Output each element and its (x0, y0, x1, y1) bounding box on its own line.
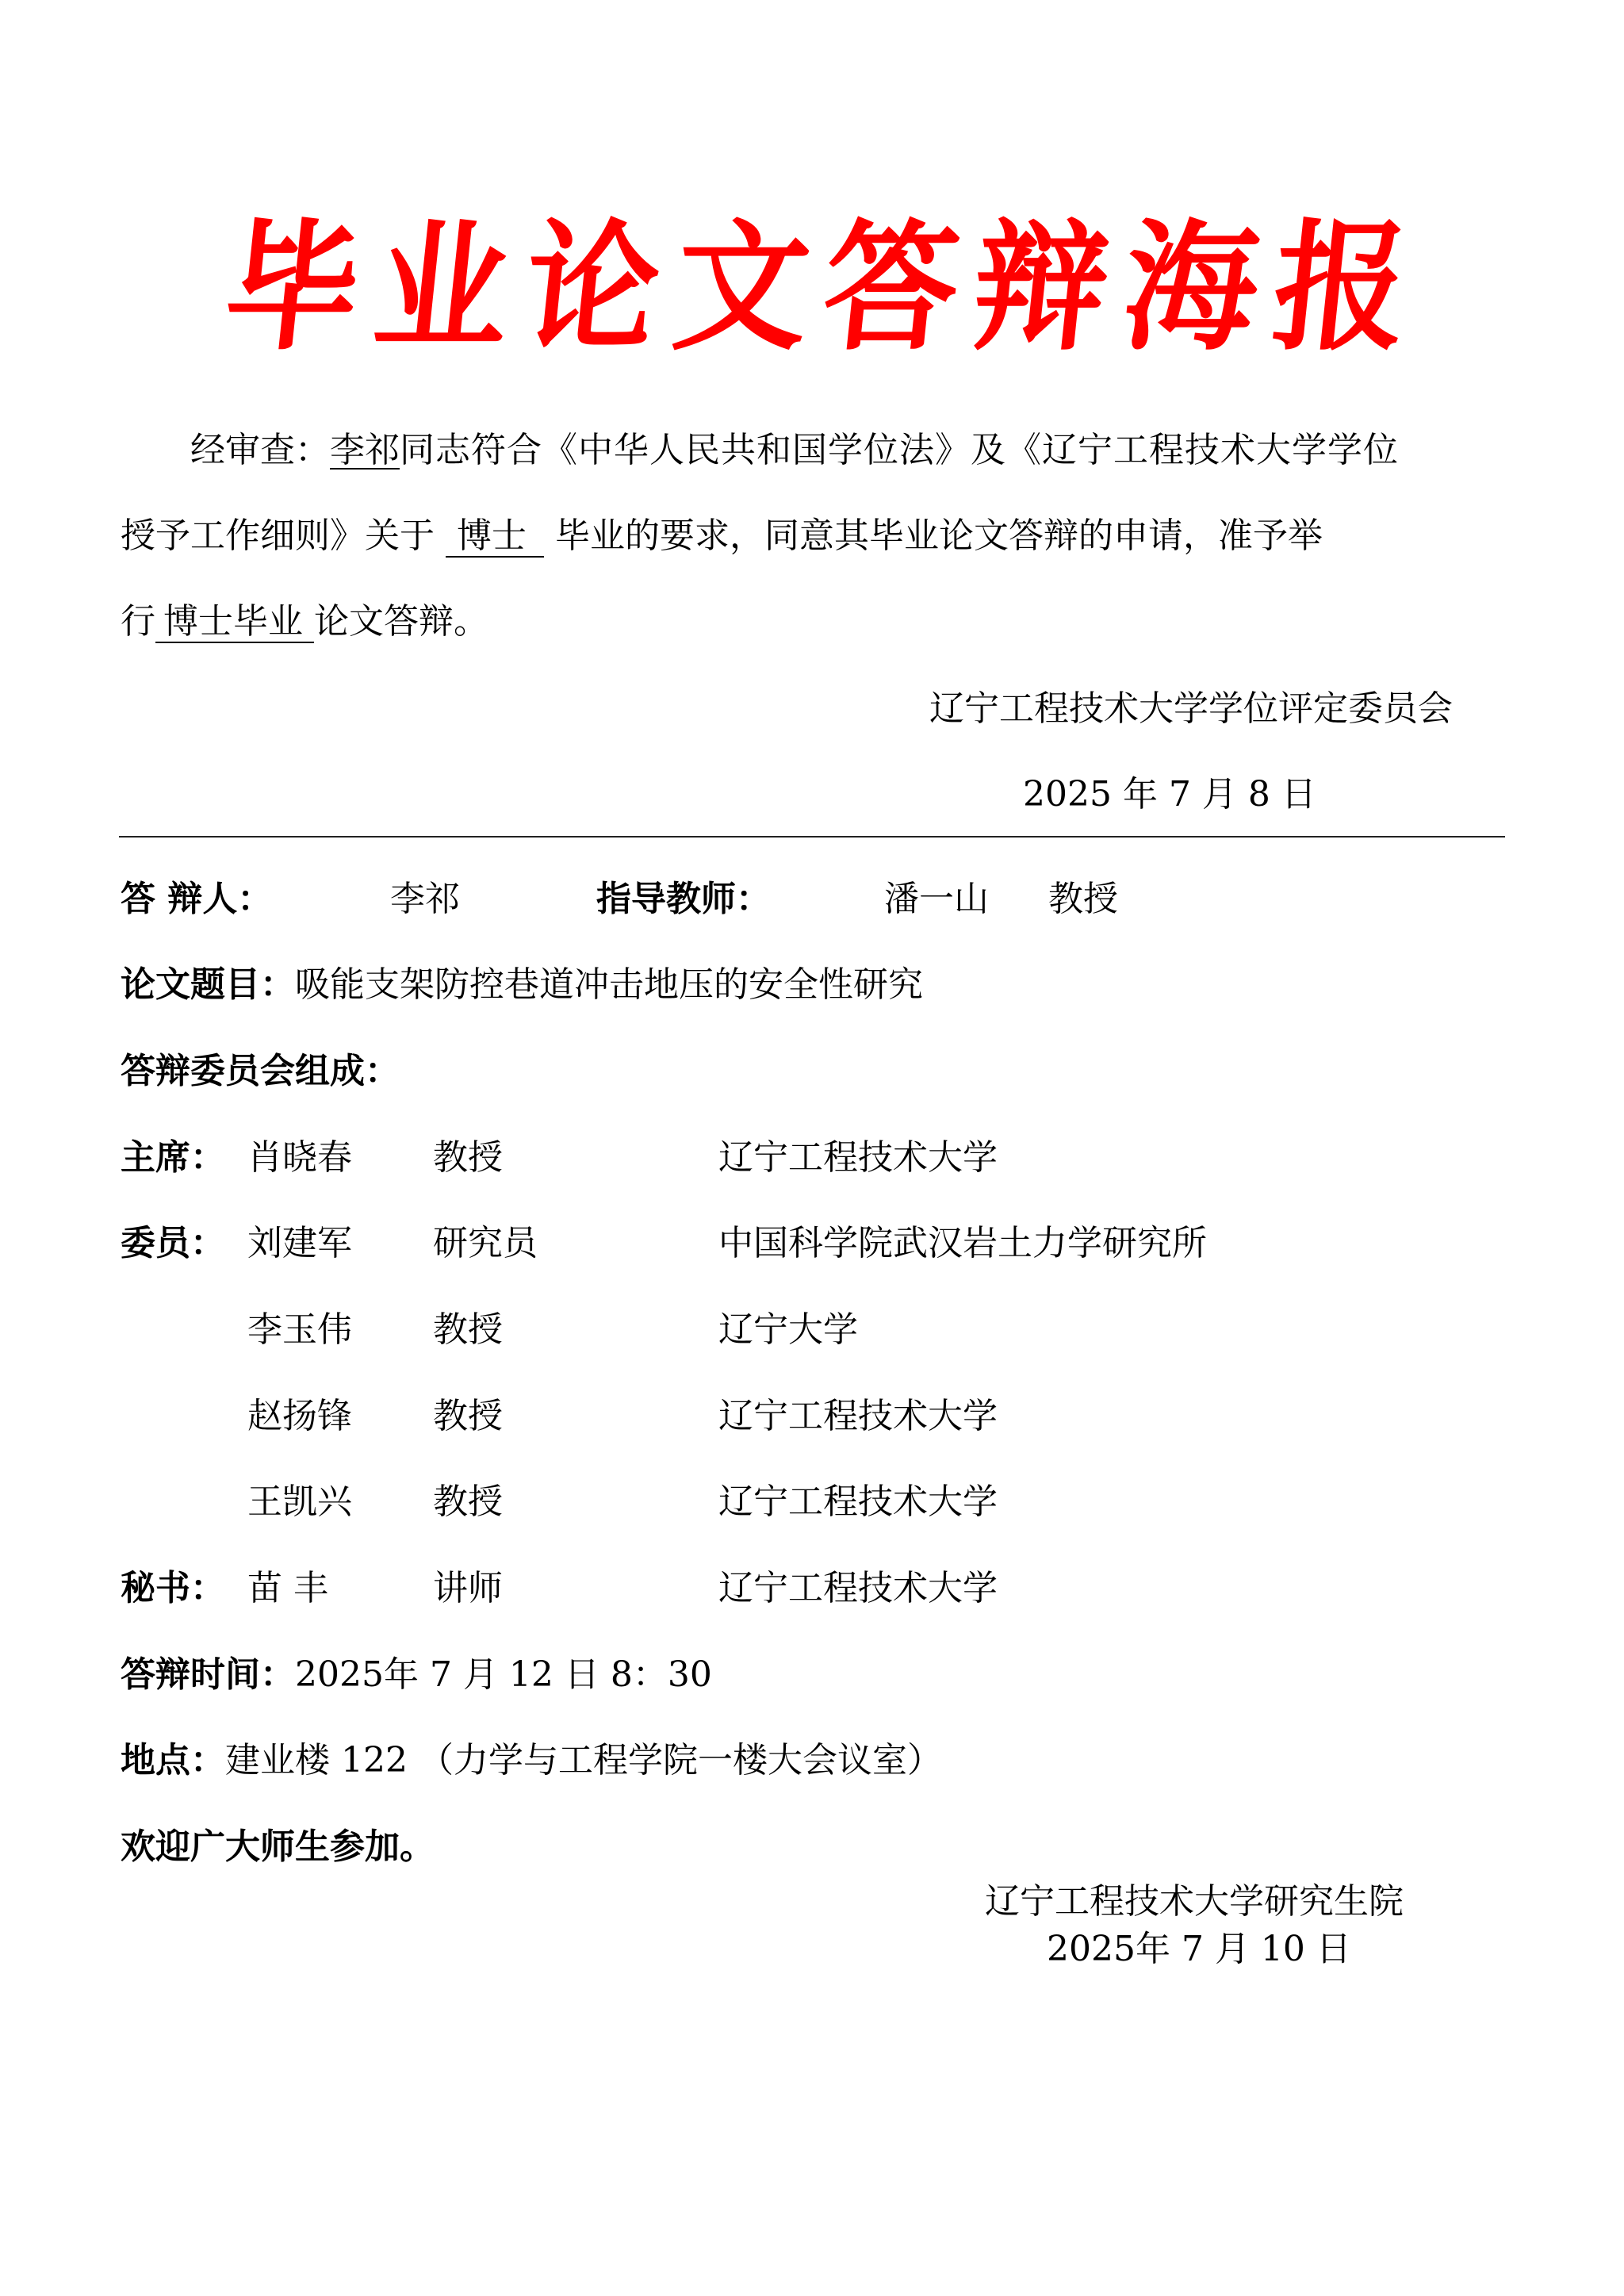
defense-place-row: 地点：建业楼 122 （力学与工程学院一楼大会议室） (121, 1738, 942, 1783)
committee-title: 教授 (433, 1480, 503, 1524)
committee-name: 苗 丰 (247, 1566, 328, 1611)
committee-role: 秘书： (121, 1566, 225, 1611)
defense-type-blank: 博士毕业 (155, 602, 314, 643)
defense-time-label: 答辩时间： (121, 1654, 295, 1695)
committee-title: 研究员 (433, 1221, 538, 1266)
committee-name: 王凯兴 (247, 1480, 352, 1524)
degree-value: 博士 (457, 516, 527, 556)
committee-institution: 辽宁大学 (718, 1308, 858, 1352)
notice-line2-rest: 毕业的要求，同意其毕业论文答辩的申请，准予举 (555, 516, 1323, 556)
footer-date: 2025年 7 月 10 日 (1047, 1927, 1351, 1972)
advisor-title: 教授 (1048, 877, 1118, 922)
notice-line2-prefix: 授予工作细则》关于 (121, 516, 435, 556)
committee-name: 肖晓春 (247, 1136, 352, 1180)
title-char: 毕 (219, 217, 367, 357)
notice-prefix: 经审查： (190, 430, 330, 470)
title-char: 论 (518, 217, 666, 357)
committee-title: 教授 (433, 1136, 503, 1180)
committee-institution: 辽宁工程技术大学 (718, 1136, 998, 1180)
title-char: 海 (1117, 217, 1266, 357)
candidate-label: 答 辩人： (121, 877, 272, 922)
title-char: 报 (1267, 217, 1415, 357)
defense-time-row: 答辩时间：2025年 7 月 12 日 8：30 (121, 1653, 712, 1697)
thesis-row: 论文题目：吸能支架防控巷道冲击地压的安全性研究 (121, 963, 923, 1007)
title-char: 辩 (967, 217, 1116, 357)
candidate-name-underlined: 李祁 (330, 430, 400, 470)
committee-institution: 辽宁工程技术大学 (718, 1480, 998, 1524)
defense-type-value: 博士毕业 (163, 601, 303, 642)
title-char: 文 (668, 217, 816, 357)
title-char: 业 (369, 217, 517, 357)
welcome-text: 欢迎广大师生参加。 (121, 1825, 435, 1869)
defense-place-value: 建业楼 122 （力学与工程学院一楼大会议室） (225, 1740, 942, 1780)
committee-title: 教授 (433, 1308, 503, 1352)
notice-line-2: 授予工作细则》关于 博士 毕业的要求，同意其毕业论文答辩的申请，准予举 (121, 514, 1521, 558)
poster-title: 毕 业 论 文 答 辩 海 报 (226, 208, 1408, 366)
committee-name: 赵扬锋 (247, 1394, 352, 1439)
defense-place-label: 地点： (121, 1740, 225, 1780)
notice-line3-prefix: 行 (121, 601, 155, 642)
advisor-name: 潘一山 (884, 877, 989, 922)
committee-role: 主席： (121, 1136, 225, 1180)
advisor-label: 指导教师： (596, 877, 771, 922)
defense-time-value: 2025年 7 月 12 日 8：30 (295, 1654, 712, 1695)
committee-name: 刘建军 (247, 1221, 352, 1266)
notice-line3-rest: 论文答辩。 (314, 601, 488, 642)
thesis-label: 论文题目： (121, 964, 295, 1005)
committee-institution: 辽宁工程技术大学 (718, 1394, 998, 1439)
thesis-title: 吸能支架防控巷道冲击地压的安全性研究 (295, 964, 923, 1005)
committee-institution: 中国科学院武汉岩土力学研究所 (718, 1221, 1207, 1266)
degree-blank: 博士 (446, 516, 544, 558)
committee-signature: 辽宁工程技术大学学位评定委员会 (929, 687, 1453, 731)
committee-name: 李玉伟 (247, 1308, 352, 1352)
committee-role: 委员： (121, 1221, 225, 1266)
committee-label: 答辩委员会组成： (121, 1049, 400, 1094)
candidate-name: 李祁 (390, 877, 460, 922)
notice-line1-rest: 同志符合《中华人民共和国学位法》及《辽宁工程技术大学学位 (400, 430, 1399, 470)
committee-title: 讲师 (433, 1566, 503, 1611)
committee-institution: 辽宁工程技术大学 (718, 1566, 998, 1611)
title-char: 答 (818, 217, 966, 357)
notice-date: 2025 年 7 月 8 日 (1023, 772, 1316, 817)
graduate-school-signature: 辽宁工程技术大学研究生院 (985, 1880, 1404, 1924)
notice-line-1: 经审查：李祁同志符合《中华人民共和国学位法》及《辽宁工程技术大学学位 (190, 428, 1521, 473)
divider (119, 836, 1505, 838)
committee-title: 教授 (433, 1394, 503, 1439)
notice-line-3: 行博士毕业论文答辩。 (121, 600, 1521, 644)
